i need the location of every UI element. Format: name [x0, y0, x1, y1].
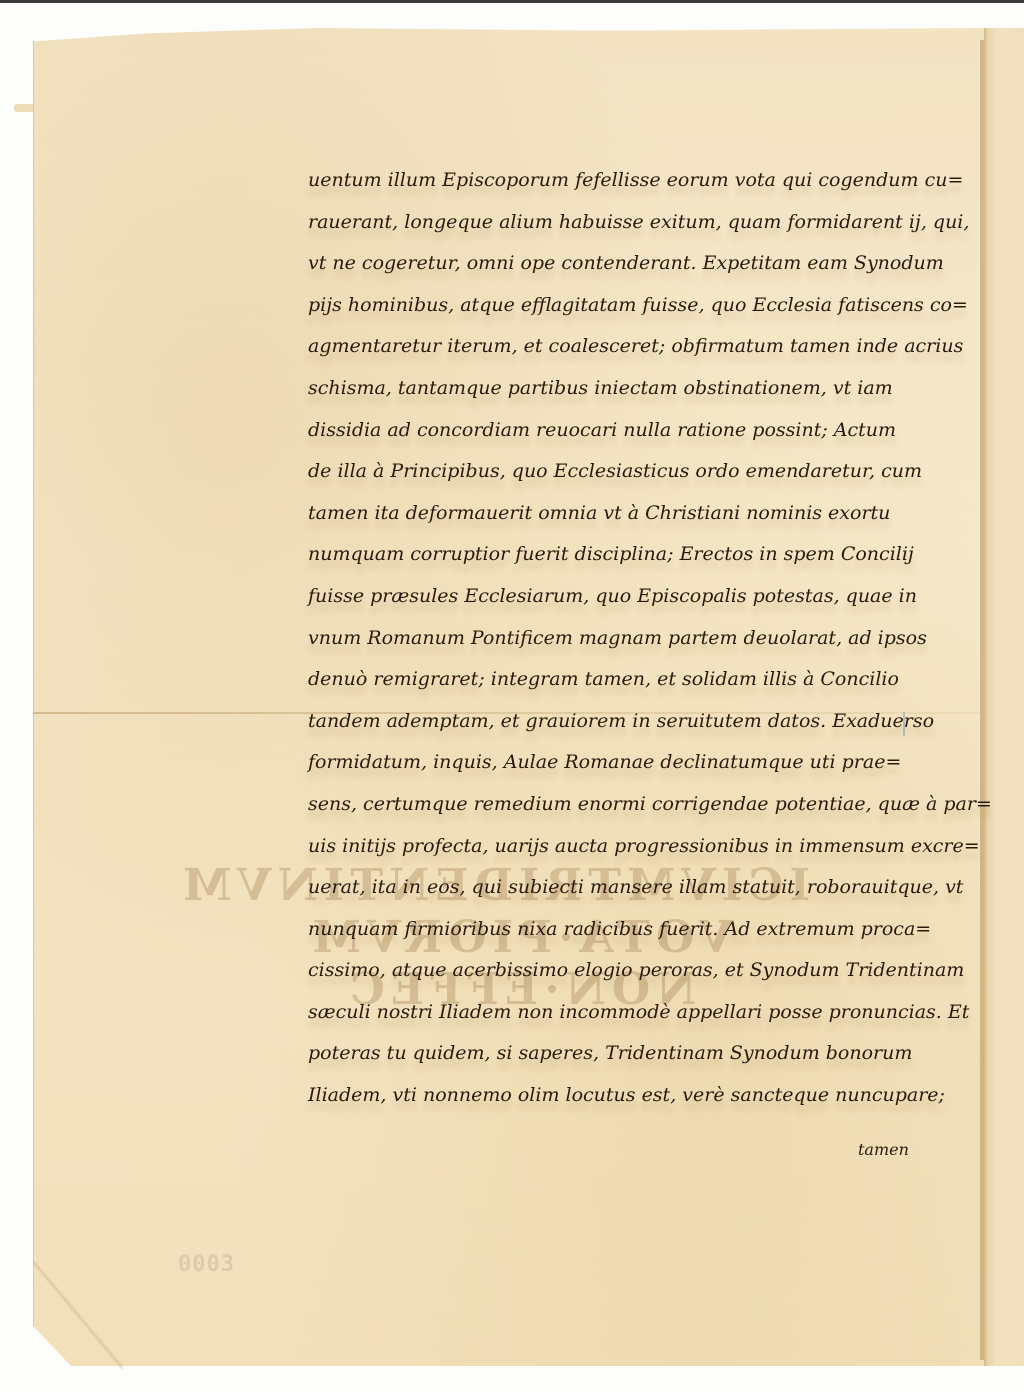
text-line: nunquam firmioribus nixa radicibus fueri…	[308, 909, 948, 951]
text-line: denuò remigraret; integram tamen, et sol…	[308, 659, 948, 701]
text-line: formidatum, inquis, Aulae Romanae declin…	[308, 742, 948, 784]
adjacent-leaf	[983, 28, 1024, 1366]
text-line: vt ne cogeretur, omni ope contenderant. …	[308, 243, 948, 285]
text-line: pijs hominibus, atque efflagitatam fuiss…	[308, 285, 948, 327]
text-line: Iliadem, vti nonnemo olim locutus est, v…	[308, 1075, 948, 1117]
text-line: sens, certumque remedium enormi corrigen…	[308, 784, 948, 826]
text-line: sæculi nostri Iliadem non incommodè appe…	[308, 992, 948, 1034]
corner-crease	[33, 1260, 123, 1370]
manuscript-text: uentum illum Episcoporum fefellisse eoru…	[308, 160, 948, 1117]
text-line: numquam corruptior fuerit disciplina; Er…	[308, 534, 948, 576]
text-line: schisma, tantamque partibus iniectam obs…	[308, 368, 948, 410]
text-line: uis initijs profecta, uarijs aucta progr…	[308, 826, 948, 868]
manuscript-scan: ICIVMTRIDENTINVM VOTA·PIORVM NON·EFFEC u…	[0, 0, 1024, 1391]
text-line: tandem ademptam, et grauiorem in seruitu…	[308, 701, 948, 743]
text-line: de illa à Principibus, quo Ecclesiasticu…	[308, 451, 948, 493]
catchword: tamen	[858, 1140, 909, 1159]
paper-tab	[14, 104, 36, 112]
text-line: tamen ita deformauerit omnia vt à Christ…	[308, 493, 948, 535]
scan-top-edge	[0, 0, 1024, 3]
text-line: vnum Romanum Pontificem magnam partem de…	[308, 618, 948, 660]
text-line: cissimo, atque acerbissimo elogio perora…	[308, 950, 948, 992]
archive-stamp: 0003	[178, 1252, 235, 1277]
text-line: uerat, ita in eos, qui subiecti mansere …	[308, 867, 948, 909]
text-line: rauerant, longeque alium habuisse exitum…	[308, 202, 948, 244]
leaf-edge-shadow	[980, 40, 984, 1360]
text-line: fuisse præsules Ecclesiarum, quo Episcop…	[308, 576, 948, 618]
text-line: dissidia ad concordiam reuocari nulla ra…	[308, 410, 948, 452]
text-line: poteras tu quidem, si saperes, Tridentin…	[308, 1033, 948, 1075]
text-line: uentum illum Episcoporum fefellisse eoru…	[308, 160, 948, 202]
text-line: agmentaretur iterum, et coalesceret; obf…	[308, 326, 948, 368]
